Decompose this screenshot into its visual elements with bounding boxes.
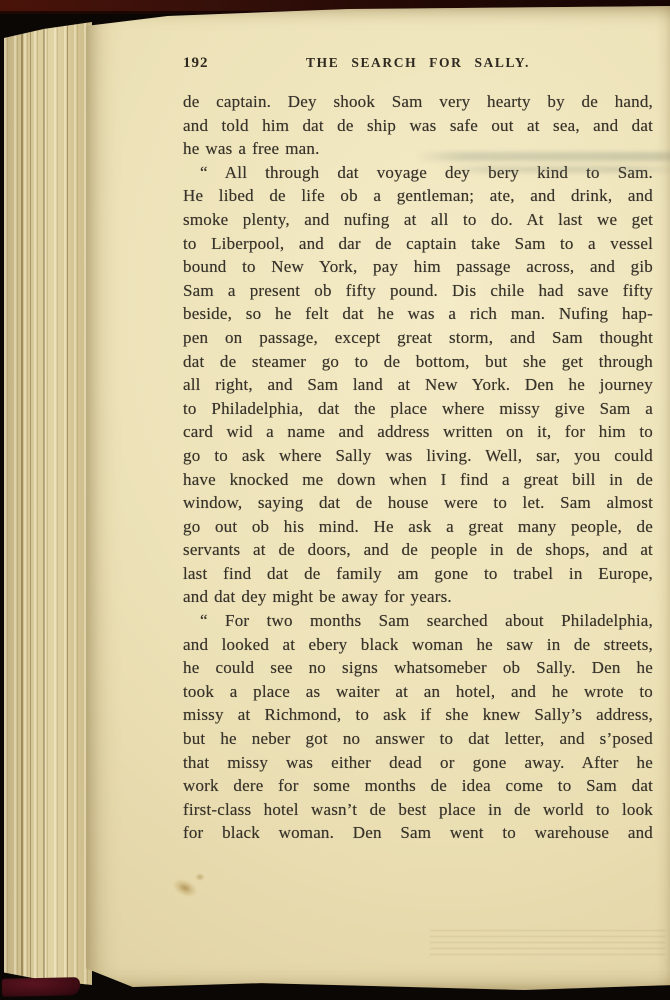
text-line: card wid a name and address written on i…	[183, 420, 653, 444]
text-line: for black woman. Den Sam went to warehou…	[183, 821, 653, 845]
book-page-edges	[4, 22, 92, 986]
book-page: 192 THE SEARCH FOR SALLY. de captain. De…	[86, 6, 670, 990]
text-line: Sam a present ob fifty pound. Dis chile …	[183, 279, 653, 303]
text-line: window, saying dat de house were to let.…	[183, 491, 653, 515]
text-line: de captain. Dey shook Sam very hearty by…	[183, 90, 653, 114]
text-line: to Philadelphia, dat the place where mis…	[183, 397, 653, 421]
text-line: he could see no signs whatsomeber ob Sal…	[183, 656, 653, 680]
text-line: smoke plenty, and nufing at all to do. A…	[183, 208, 653, 232]
text-line: and dat dey might be away for years.	[183, 585, 653, 609]
text-line: work dere for some months de idea come t…	[183, 774, 653, 798]
book-cover-bottom-corner	[2, 977, 80, 997]
text-line: missy at Richmond, to ask if she knew Sa…	[183, 703, 653, 727]
text-line: beside, so he felt dat he was a rich man…	[183, 302, 653, 326]
paper-stain	[195, 873, 205, 881]
text-line: first-class hotel wasn’t de best place i…	[183, 798, 653, 822]
text-line: that missy was either dead or gone away.…	[183, 751, 653, 775]
text-line: all right, and Sam land at New York. Den…	[183, 373, 653, 397]
text-line: go out ob his mind. He ask a great many …	[183, 515, 653, 539]
text-line: last find dat de family am gone to trabe…	[183, 562, 653, 586]
running-title: THE SEARCH FOR SALLY.	[255, 55, 581, 71]
text-line: go to ask where Sally was living. Well, …	[183, 444, 653, 468]
text-line: have knocked me down when I find a great…	[183, 468, 653, 492]
text-block: 192 THE SEARCH FOR SALLY. de captain. De…	[183, 55, 653, 845]
text-line: but he neber got no answer to dat letter…	[183, 727, 653, 751]
text-line: bound to New York, pay him passage acros…	[183, 255, 653, 279]
text-line: and looked at ebery black woman he saw i…	[183, 633, 653, 657]
text-line: “ For two months Sam searched about Phil…	[183, 609, 653, 633]
body-text: de captain. Dey shook Sam very hearty by…	[183, 90, 653, 845]
ink-bleedthrough-mark	[438, 166, 670, 173]
running-head: 192 THE SEARCH FOR SALLY.	[183, 55, 653, 75]
text-line: took a place as waiter at an hotel, and …	[183, 680, 653, 704]
page-number: 192	[183, 55, 255, 72]
text-line: He libed de life ob a gentleman; ate, an…	[183, 184, 653, 208]
text-line: to Liberpool, and dar de captain take Sa…	[183, 232, 653, 256]
text-line: dat de steamer go to de bottom, but she …	[183, 350, 653, 374]
text-line: servants at de doors, and de people in d…	[183, 538, 653, 562]
text-line: pen on passage, except great storm, and …	[183, 326, 653, 350]
ink-bleedthrough-mark	[416, 152, 670, 161]
page-bottom-edge-streaks	[430, 930, 665, 956]
text-line: and told him dat de ship was safe out at…	[183, 114, 653, 138]
